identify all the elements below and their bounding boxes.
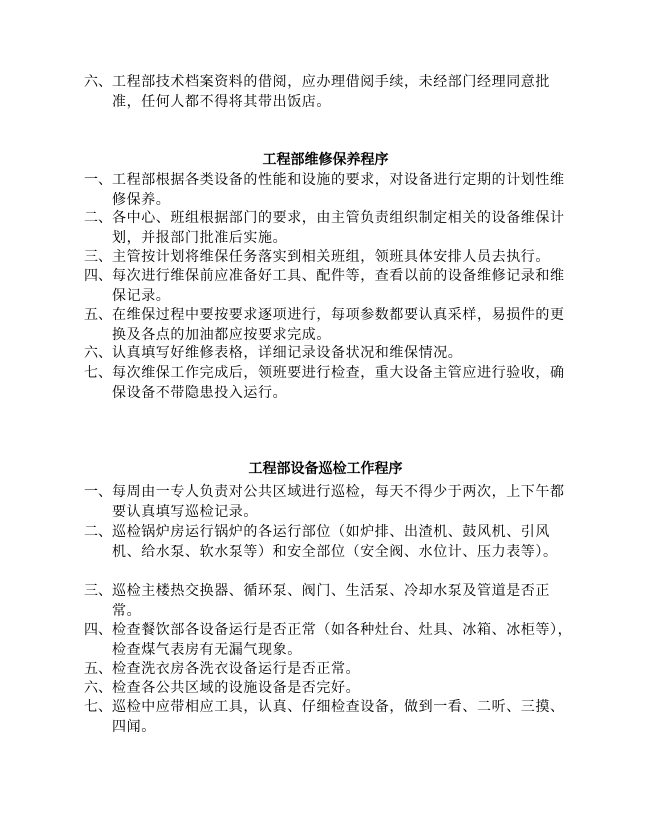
item-number: 七、: [84, 697, 112, 717]
item-text: 每次进行维保前应准备好工具、配件等，查看以前的设备维修记录和维保记录。: [112, 266, 574, 306]
inspection-item-5: 五、 检查洗衣房各洗衣设备运行是否正常。: [84, 659, 574, 679]
inspection-item-6: 六、 检查各公共区域的设施设备是否完好。: [84, 678, 574, 698]
document-page: 六、 工程部技术档案资料的借阅，应办理借阅手续，未经部门经理同意批准，任何人都不…: [0, 0, 651, 839]
item-text: 各中心、班组根据部门的要求，由主管负责组织制定相关的设备维保计划，并报部门批准后…: [112, 208, 574, 248]
item-number: 一、: [84, 482, 112, 502]
item-number: 三、: [84, 247, 112, 267]
item-number: 四、: [84, 620, 112, 640]
inspection-item-3: 三、 巡检主楼热交换器、循环泵、阀门、生活泵、冷却水泵及管道是否正常。: [84, 581, 574, 621]
archive-borrow-rule: 六、 工程部技术档案资料的借阅，应办理借阅手续，未经部门经理同意批准，任何人都不…: [84, 72, 574, 112]
inspection-item-7: 七、 巡检中应带相应工具，认真、仔细检查设备，做到一看、二听、三摸、四闻。: [84, 697, 574, 737]
item-text: 工程部根据各类设备的性能和设施的要求，对设备进行定期的计划性维修保养。: [112, 170, 574, 210]
maintenance-item-4: 四、 每次进行维保前应准备好工具、配件等，查看以前的设备维修记录和维保记录。: [84, 266, 574, 306]
item-number: 二、: [84, 522, 112, 542]
inspection-item-2: 二、 巡检锅炉房运行锅炉的各运行部位（如炉排、出渣机、鼓风机、引风机、给水泵、软…: [84, 522, 574, 562]
item-text: 检查各公共区域的设施设备是否完好。: [112, 678, 574, 698]
maintenance-item-6: 六、 认真填写好维修表格，详细记录设备状况和维保情况。: [84, 343, 574, 363]
item-text: 在维保过程中要按要求逐项进行，每项参数都要认真采样，易损件的更换及各点的加油都应…: [112, 305, 574, 345]
item-text: 巡检主楼热交换器、循环泵、阀门、生活泵、冷却水泵及管道是否正常。: [112, 581, 574, 621]
item-text: 检查洗衣房各洗衣设备运行是否正常。: [112, 659, 574, 679]
maintenance-item-7: 七、 每次维保工作完成后，领班要进行检查，重大设备主管应进行验收，确保设备不带隐…: [84, 363, 574, 403]
maintenance-item-1: 一、 工程部根据各类设备的性能和设施的要求，对设备进行定期的计划性维修保养。: [84, 170, 574, 210]
maintenance-item-2: 二、 各中心、班组根据部门的要求，由主管负责组织制定相关的设备维保计划，并报部门…: [84, 208, 574, 248]
item-text: 巡检中应带相应工具，认真、仔细检查设备，做到一看、二听、三摸、四闻。: [112, 697, 574, 737]
section-title-inspection: 工程部设备巡检工作程序: [0, 459, 651, 479]
item-text: 认真填写好维修表格，详细记录设备状况和维保情况。: [112, 343, 574, 363]
item-text: 巡检锅炉房运行锅炉的各运行部位（如炉排、出渣机、鼓风机、引风机、给水泵、软水泵等…: [112, 522, 574, 562]
item-number: 五、: [84, 659, 112, 679]
item-number: 三、: [84, 581, 112, 601]
item-number: 五、: [84, 305, 112, 325]
item-text: 每周由一专人负责对公共区域进行巡检，每天不得少于两次，上下午都要认真填写巡检记录…: [112, 482, 574, 522]
maintenance-item-3: 三、 主管按计划将维保任务落实到相关班组，领班具体安排人员去执行。: [84, 247, 574, 267]
item-number: 一、: [84, 170, 112, 190]
item-text: 主管按计划将维保任务落实到相关班组，领班具体安排人员去执行。: [112, 247, 574, 267]
item-number: 六、: [84, 678, 112, 698]
section-title-maintenance: 工程部维修保养程序: [0, 150, 651, 170]
item-text: 检查餐饮部各设备运行是否正常（如各种灶台、灶具、冰箱、冰柜等），检查煤气表房有无…: [112, 620, 574, 660]
item-number: 六、: [84, 343, 112, 363]
inspection-item-4: 四、 检查餐饮部各设备运行是否正常（如各种灶台、灶具、冰箱、冰柜等），检查煤气表…: [84, 620, 574, 660]
item-text: 工程部技术档案资料的借阅，应办理借阅手续，未经部门经理同意批准，任何人都不得将其…: [112, 72, 574, 112]
maintenance-item-5: 五、 在维保过程中要按要求逐项进行，每项参数都要认真采样，易损件的更换及各点的加…: [84, 305, 574, 345]
item-number: 二、: [84, 208, 112, 228]
item-number: 四、: [84, 266, 112, 286]
item-number: 七、: [84, 363, 112, 383]
inspection-item-1: 一、 每周由一专人负责对公共区域进行巡检，每天不得少于两次，上下午都要认真填写巡…: [84, 482, 574, 522]
item-text: 每次维保工作完成后，领班要进行检查，重大设备主管应进行验收，确保设备不带隐患投入…: [112, 363, 574, 403]
item-number: 六、: [84, 72, 112, 92]
